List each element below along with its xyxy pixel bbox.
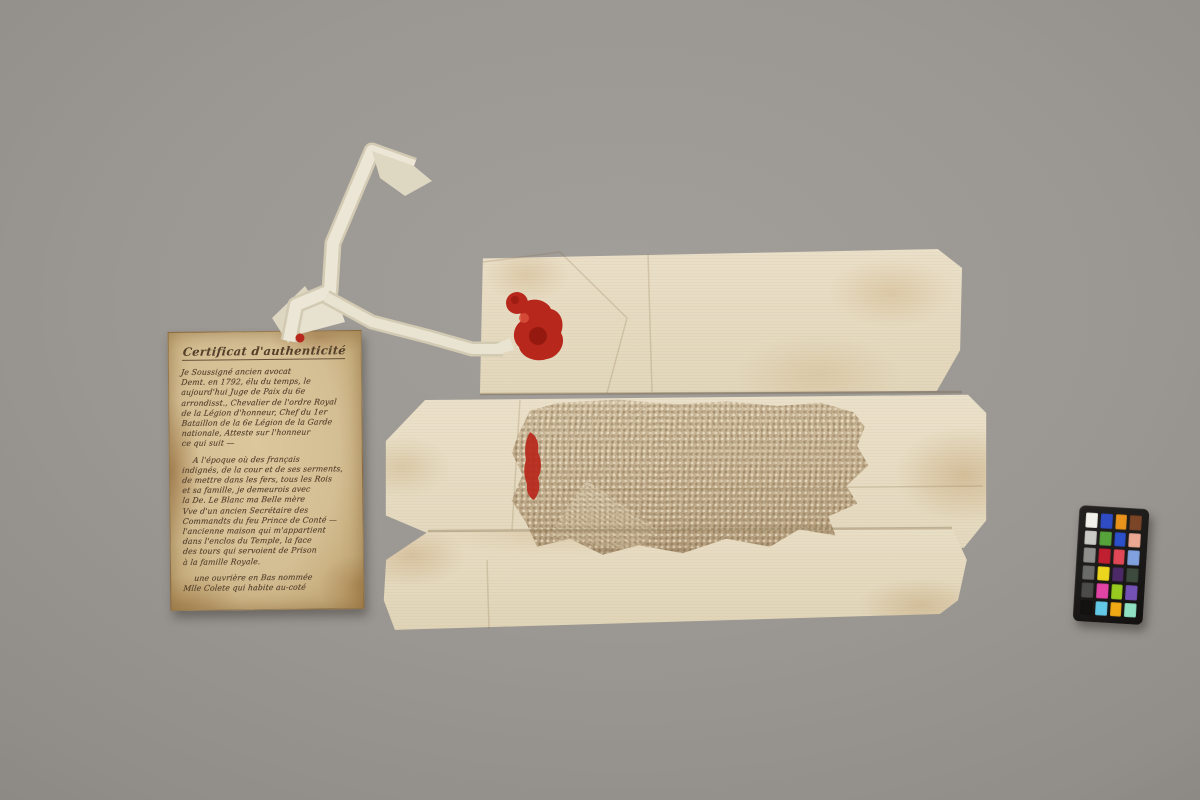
certificate-card: Certificat d'authenticité Je Soussigné a… (168, 330, 365, 611)
color-swatch (1099, 531, 1112, 546)
certificate-line: à la famille Royale. (182, 556, 351, 568)
color-swatch (1084, 530, 1097, 545)
color-swatch (1124, 602, 1137, 617)
certificate-line: Mlle Colete qui habite au-coté (183, 582, 352, 594)
certificate-paragraph-1: Je Soussigné ancien avocat Demt. en 1792… (181, 366, 350, 449)
color-swatch (1100, 513, 1113, 528)
color-swatch (1082, 565, 1095, 580)
color-swatch (1125, 585, 1138, 600)
color-swatch (1109, 602, 1122, 617)
color-swatch (1096, 583, 1109, 598)
certificate-paragraph-2: A l'époque où des français indignés, de … (182, 454, 351, 568)
color-calibration-card (1073, 505, 1150, 625)
color-swatch (1098, 548, 1111, 563)
ribbon-end-fold (372, 151, 432, 196)
color-swatch (1081, 582, 1094, 597)
certificate-title: Certificat d'authenticité (182, 343, 347, 361)
ribbon-strand (289, 151, 414, 341)
ribbon-fold (293, 296, 345, 334)
paper-ribbon (272, 151, 503, 349)
color-swatch (1115, 514, 1128, 529)
wrapper-top-flap (478, 248, 964, 397)
color-swatch (1112, 567, 1125, 582)
ribbon-strand-shade (289, 151, 414, 341)
color-swatch (1127, 550, 1140, 565)
color-swatch (1110, 584, 1123, 599)
certificate-paragraph-3: une ouvrière en Bas nommée Mlle Colete q… (183, 572, 351, 594)
color-swatch (1097, 566, 1110, 581)
color-swatch (1083, 547, 1096, 562)
color-swatch (1128, 533, 1141, 548)
color-swatch (1129, 515, 1142, 530)
color-swatch (1126, 567, 1139, 582)
color-swatch (1095, 601, 1108, 616)
color-swatch (1114, 532, 1127, 547)
color-swatch (1113, 549, 1126, 564)
photograph-scene: Certificat d'authenticité Je Soussigné a… (0, 0, 1200, 800)
color-swatch (1080, 600, 1093, 615)
certificate-line: ce qui suit — (181, 438, 350, 450)
color-swatch (1085, 512, 1098, 527)
